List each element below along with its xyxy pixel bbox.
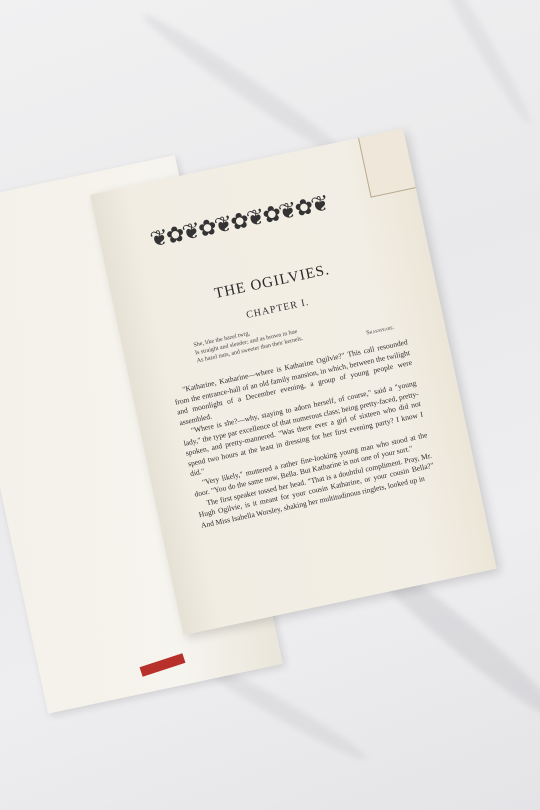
marble-vein bbox=[423, 0, 537, 129]
ornament-headpiece-icon: ❦✿❦✿❦✿❦✿❦✿❦ bbox=[142, 185, 335, 258]
folded-corner bbox=[358, 128, 416, 197]
